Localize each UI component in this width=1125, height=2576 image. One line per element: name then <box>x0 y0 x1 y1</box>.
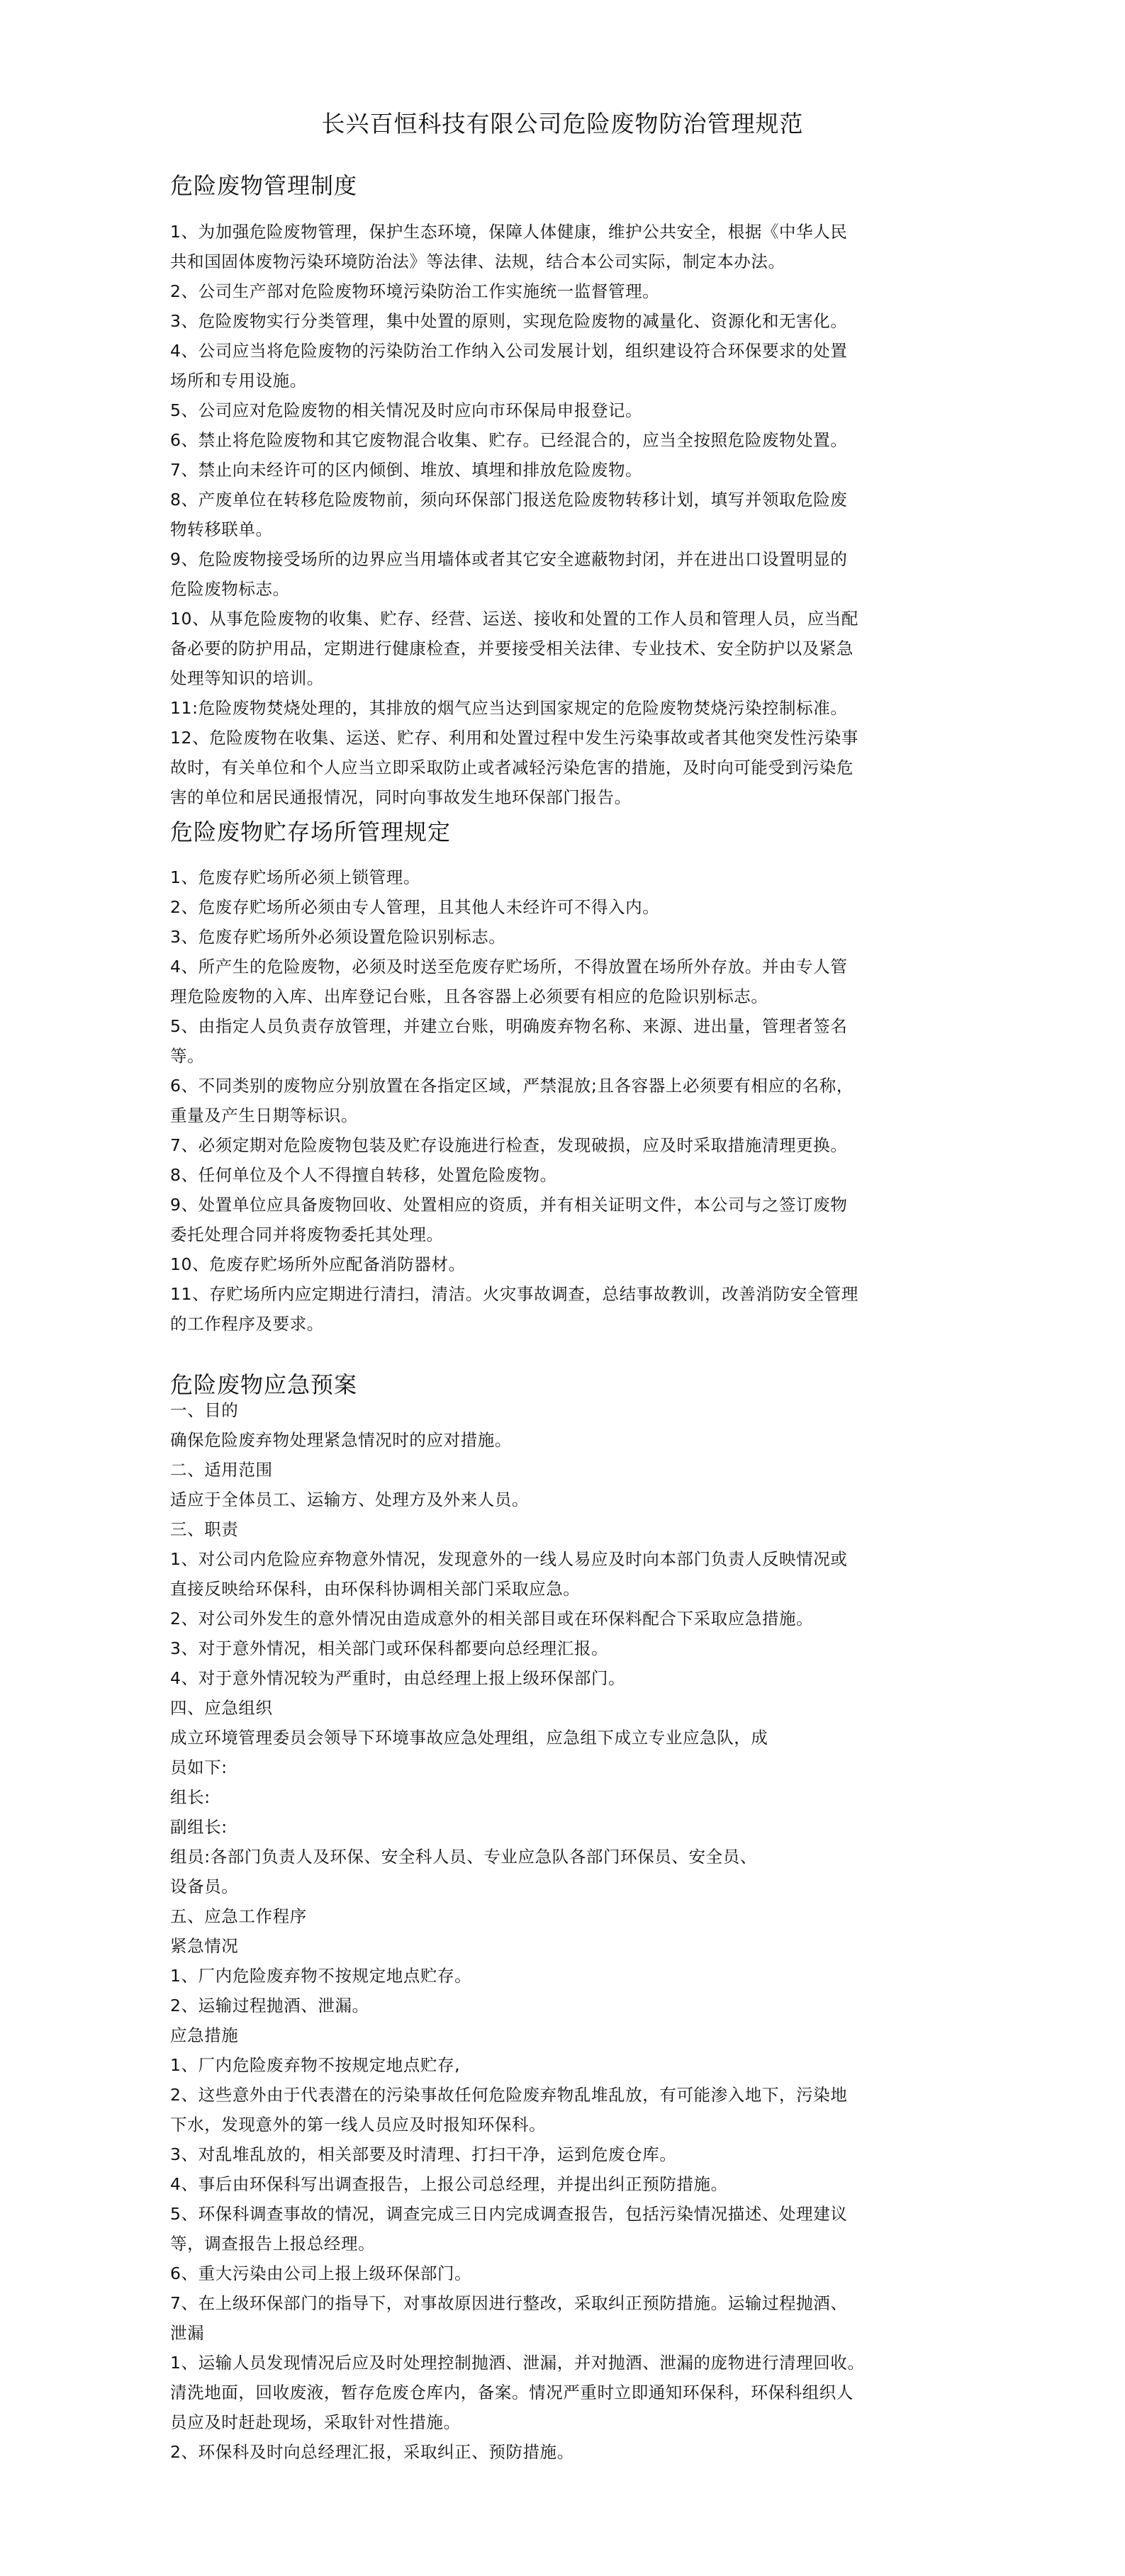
paragraph-line: 等，调查报告上报总经理。 <box>170 2232 375 2255</box>
paragraph-line: 1、对公司内危险应弃物意外情况，发现意外的一线人易应及时向本部门负责人反映情况或 <box>170 1548 847 1570</box>
paragraph-line: 9、危险废物接受场所的边界应当用墙体或者其它安全遮蔽物封闭，并在进出口设置明显的 <box>170 548 847 570</box>
paragraph-line: 组员:各部门负责人及环保、安全科人员、专业应急队各部门环保员、安全员、 <box>170 1845 757 1868</box>
paragraph-line: 一、目的 <box>170 1399 238 1422</box>
paragraph-line: 下水，发现意外的第一线人员应及时报知环保科。 <box>170 2113 546 2136</box>
paragraph-line: 5、环保科调查事故的情况，调查完成三日内完成调查报告，包括污染情况描述、处理建议 <box>170 2203 847 2225</box>
paragraph-line: 应急措施 <box>170 2024 238 2047</box>
document-page: 长兴百恒科技有限公司危险废物防治管理规范 危险废物管理制度 1、为加强危险废物管… <box>0 0 1125 2576</box>
paragraph-line: 员应及时赶赴现场，采取针对性措施。 <box>170 2411 461 2434</box>
paragraph-line: 2、运输过程抛酒、泄漏。 <box>170 1994 369 2017</box>
paragraph-line: 7、禁止向未经许可的区内倾倒、堆放、填埋和排放危险废物。 <box>170 459 642 481</box>
paragraph-line: 10、危废存贮场所外应配备消防器材。 <box>170 1253 466 1276</box>
paragraph-line: 8、产废单位在转移危险废物前，须向环保部门报送危险废物转移计划，填写并领取危险废 <box>170 488 847 511</box>
paragraph-line: 4、所产生的危险废物，必须及时送至危废存贮场所，不得放置在场所外存放。并由专人管 <box>170 955 847 978</box>
paragraph-line: 2、环保科及时向总经理汇报，采取纠正、预防措施。 <box>170 2441 574 2463</box>
paragraph-line: 害的单位和居民通报情况，同时向事故发生地环保部门报告。 <box>170 786 632 809</box>
paragraph-line: 5、由指定人员负责存放管理，并建立台账，明确废弃物名称、来源、进出量，管理者签名 <box>170 1015 847 1037</box>
paragraph-line: 五、应急工作程序 <box>170 1905 307 1928</box>
section-heading-emergency-plan: 危险废物应急预案 <box>170 1369 357 1400</box>
paragraph-line: 8、任何单位及个人不得擅自转移，处置危险废物。 <box>170 1164 557 1186</box>
paragraph-line: 5、公司应对危险废物的相关情况及时应向市环保局申报登记。 <box>170 399 642 422</box>
paragraph-line: 副组长: <box>170 1816 228 1838</box>
paragraph-line: 11:危险废物焚烧处理的，其排放的烟气应当达到国家规定的危险废物焚烧污染控制标准… <box>170 697 847 719</box>
paragraph-line: 故时，有关单位和个人应当立即采取防止或者减轻污染危害的措施，及时向可能受到污染危 <box>170 756 853 779</box>
paragraph-line: 直接反映给环保科，由环保科协调相关部门采取应急。 <box>170 1577 580 1600</box>
paragraph-line: 处理等知识的培训。 <box>170 667 324 690</box>
paragraph-line: 6、禁止将危险废物和其它废物混合收集、贮存。已经混合的，应当全按照危险废物处置。 <box>170 429 847 451</box>
paragraph-line: 理危险废物的入库、出库登记台账，且各容器上必须要有相应的危险识别标志。 <box>170 985 768 1008</box>
paragraph-line: 设备员。 <box>170 1875 238 1898</box>
paragraph-line: 紧急情况 <box>170 1935 238 1957</box>
paragraph-line: 1、厂内危险废弃物不按规定地点贮存, <box>170 2054 460 2076</box>
section-heading-storage-rules: 危险废物贮存场所管理规定 <box>170 816 451 848</box>
paragraph-line: 等。 <box>170 1045 204 1067</box>
paragraph-line: 3、危废存贮场所外必须设置危险识别标志。 <box>170 926 505 948</box>
paragraph-line: 11、存贮场所内应定期进行清扫，清洁。火灾事故调查，总结事故教训，改善消防安全管… <box>170 1283 858 1305</box>
paragraph-line: 3、对于意外情况，相关部门或环保科都要向总经理汇报。 <box>170 1637 608 1660</box>
paragraph-line: 共和国固体废物污染环境防治法》等法律、法规，结合本公司实际，制定本办法。 <box>170 250 785 273</box>
paragraph-line: 清洗地面，回收废液，暂存危废仓库内，备案。情况严重时立即通知环保科，环保科组织人 <box>170 2381 853 2404</box>
paragraph-line: 9、处置单位应具备废物回收、处置相应的资质，并有相关证明文件，本公司与之签订废物 <box>170 1193 847 1216</box>
paragraph-line: 备必要的防护用品，定期进行健康检查，并要接受相关法律、专业技术、安全防护以及紧急 <box>170 637 853 660</box>
paragraph-line: 7、在上级环保部门的指导下，对事故原因进行整改，采取纠正预防措施。运输过程抛酒、 <box>170 2292 847 2315</box>
paragraph-line: 4、公司应当将危险废物的污染防治工作纳入公司发展计划，组织建设符合环保要求的处置 <box>170 339 847 362</box>
paragraph-line: 适应于全体员工、运输方、处理方及外来人员。 <box>170 1488 529 1511</box>
paragraph-line: 6、重大污染由公司上报上级环保部门。 <box>170 2262 471 2285</box>
paragraph-line: 2、危废存贮场所必须由专人管理，且其他人未经许可不得入内。 <box>170 896 659 918</box>
paragraph-line: 10、从事危险废物的收集、贮存、经营、运送、接收和处置的工作人员和管理人员，应当… <box>170 607 858 630</box>
paragraph-line: 组长: <box>170 1786 211 1809</box>
document-title: 长兴百恒科技有限公司危险废物防治管理规范 <box>0 108 1125 140</box>
paragraph-line: 三、职责 <box>170 1518 238 1541</box>
paragraph-line: 2、对公司外发生的意外情况由造成意外的相关部目或在环保料配合下采取应急措施。 <box>170 1607 813 1630</box>
paragraph-line: 泄漏 <box>170 2322 204 2344</box>
paragraph-line: 1、危废存贮场所必须上锁管理。 <box>170 866 420 889</box>
paragraph-line: 1、运输人员发现情况后应及时处理控制抛酒、泄漏，并对抛酒、泄漏的庞物进行清理回收… <box>170 2351 865 2374</box>
paragraph-line: 的工作程序及要求。 <box>170 1312 324 1335</box>
paragraph-line: 6、不同类别的废物应分别放置在各指定区域，严禁混放;且各容器上必须要有相应的名称… <box>170 1074 853 1097</box>
paragraph-line: 4、事后由环保科写出调查报告，上报公司总经理，并提出纠正预防措施。 <box>170 2173 728 2195</box>
paragraph-line: 危险废物标志。 <box>170 578 290 600</box>
paragraph-line: 7、必须定期对危险废物包装及贮存设施进行检查，发现破损，应及时采取措施清理更换。 <box>170 1134 847 1157</box>
paragraph-line: 重量及产生日期等标识。 <box>170 1104 358 1127</box>
paragraph-line: 4、对于意外情况较为严重时，由总经理上报上级环保部门。 <box>170 1667 625 1689</box>
paragraph-line: 二、适用范围 <box>170 1458 273 1481</box>
paragraph-line: 12、危险废物在收集、运送、贮存、利用和处置过程中发生污染事故或者其他突发性污染… <box>170 726 858 749</box>
paragraph-line: 物转移联单。 <box>170 518 273 541</box>
paragraph-line: 成立环境管理委员会领导下环境事故应急处理组，应急组下成立专业应急队，成 <box>170 1726 768 1749</box>
paragraph-line: 2、这些意外由于代表潜在的污染事故任何危险废弃物乱堆乱放，有可能渗入地下，污染地 <box>170 2083 847 2106</box>
paragraph-line: 3、危险废物实行分类管理，集中处置的原则，实现危险废物的减量化、资源化和无害化。 <box>170 310 847 332</box>
paragraph-line: 四、应急组织 <box>170 1697 273 1719</box>
paragraph-line: 员如下: <box>170 1756 228 1779</box>
paragraph-line: 确保危险废弃物处理紧急情况时的应对措施。 <box>170 1429 512 1451</box>
paragraph-line: 1、厂内危险废弃物不按规定地点贮存。 <box>170 1964 471 1987</box>
paragraph-line: 3、对乱堆乱放的，相关部要及时清理、打扫干净，运到危废仓库。 <box>170 2143 676 2166</box>
section-heading-management-system: 危险废物管理制度 <box>170 170 357 201</box>
paragraph-line: 委托处理合同并将废物委托其处理。 <box>170 1223 444 1246</box>
paragraph-line: 场所和专用设施。 <box>170 369 307 392</box>
paragraph-line: 2、公司生产部对危险废物环境污染防治工作实施统一监督管理。 <box>170 280 659 303</box>
paragraph-line: 1、为加强危险废物管理，保护生态环境，保障人体健康，维护公共安全，根据《中华人民 <box>170 220 847 243</box>
